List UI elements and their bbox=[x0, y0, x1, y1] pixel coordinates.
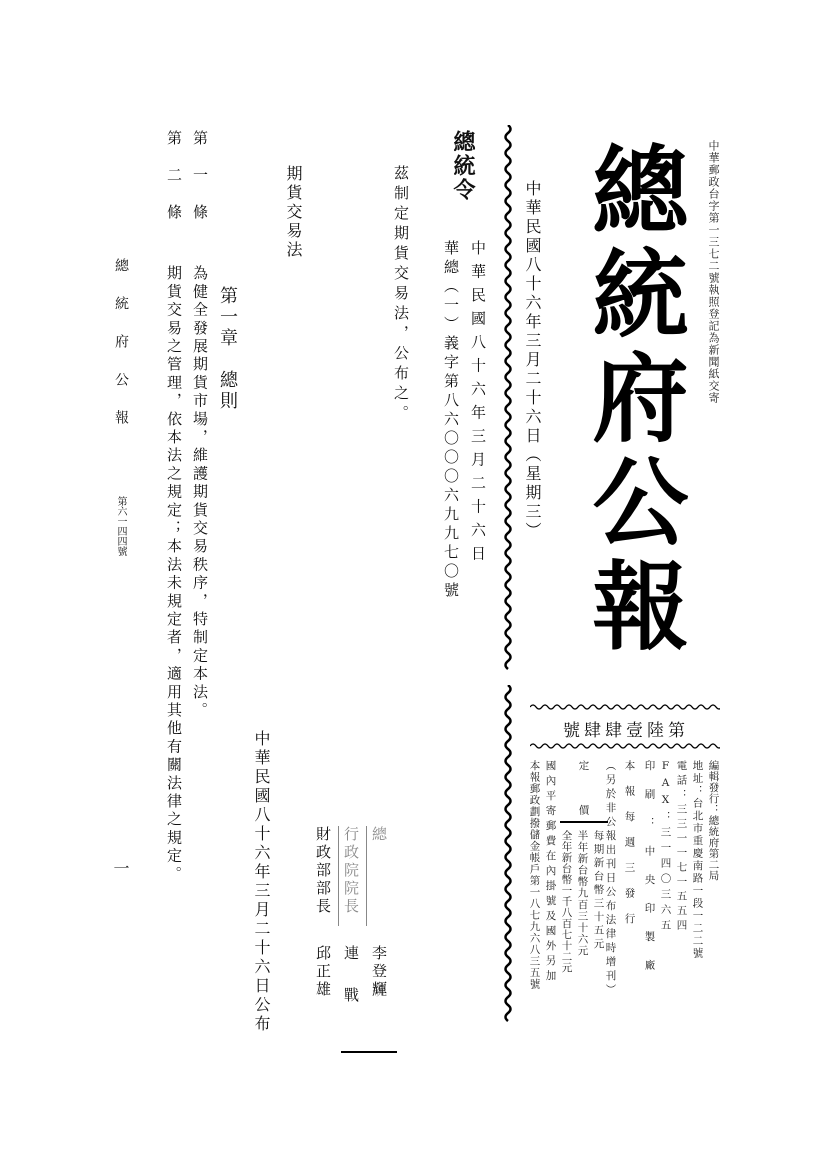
info-schedule: 本報每週三發行 bbox=[624, 760, 635, 939]
postal-registration: 中華郵政台字第一三七二號執照登記為新聞紙交寄 bbox=[708, 140, 719, 404]
issue-number-label: 號肆肆壹陸第 bbox=[563, 716, 689, 741]
order-heading: 總統令 bbox=[451, 130, 473, 202]
wavy-rule bbox=[530, 742, 720, 750]
info-postage: 國內平寄郵費在內掛號及國外另加 bbox=[545, 760, 556, 985]
signature-title-finance: 財政部部長 bbox=[315, 826, 330, 916]
info-price-half-year: 半年新台幣九百三十六元 bbox=[577, 830, 588, 957]
issue-date: 中華民國八十六年三月二十六日（星期三） bbox=[524, 180, 540, 541]
order-number: 華總（一）義字第八六〇〇〇六九九七〇號 bbox=[443, 240, 458, 601]
info-special-issue: （另於非公報出刊日公布法律時增刊） bbox=[605, 760, 616, 998]
article-2-text: 期貨交易之管理，依本法之規定；本法未規定者，適用其他有關法律之規定。 bbox=[166, 265, 181, 884]
article-2-label: 第二條 bbox=[166, 130, 181, 241]
wavy-divider bbox=[502, 685, 514, 1025]
footer-publication: 總統府公報 bbox=[114, 258, 128, 448]
info-price-per-issue: 每期新台幣三十五元 bbox=[593, 830, 604, 952]
signature-name-finance: 邱正雄 bbox=[315, 945, 330, 999]
article-1-text: 為健全發展期貨市場，維護期貨交易秩序，特制定本法。 bbox=[192, 265, 207, 720]
footer-issue-number: 第六一四四號 bbox=[115, 496, 125, 556]
page-number: 一 bbox=[112, 860, 128, 876]
signature-divider bbox=[366, 826, 367, 926]
info-editor: 編輯發行：總統府第二局 bbox=[708, 760, 719, 881]
signature-name-president: 李登輝 bbox=[371, 945, 386, 999]
chapter-heading: 第一章 總則 bbox=[218, 286, 236, 412]
article-1-label: 第一條 bbox=[192, 130, 207, 241]
promulgation-date: 中華民國八十六年三月二十六日公布 bbox=[253, 730, 269, 1034]
info-address: 地址：台北市重慶南路一段一二二號 bbox=[692, 760, 703, 960]
signature-name-premier: 連 戰 bbox=[343, 945, 358, 1008]
signature-title-president: 總 統 bbox=[371, 826, 386, 1034]
end-rule bbox=[341, 1051, 397, 1053]
info-price-full-year: 全年新台幣一千八百七十二元 bbox=[561, 830, 572, 973]
signature-divider bbox=[338, 826, 339, 926]
wavy-rule bbox=[530, 703, 720, 711]
law-title: 期貨交易法 bbox=[285, 165, 301, 260]
order-text: 茲制定期貨交易法，公布之。 bbox=[393, 165, 408, 425]
info-printer: 印刷：中央印製廠 bbox=[644, 760, 655, 988]
price-brace bbox=[560, 821, 608, 823]
publication-masthead: 總統府公報 bbox=[585, 140, 681, 660]
order-date: 中華民國八十六年三月二十六日 bbox=[470, 240, 485, 569]
info-phone: 電話：三三一一七一五五四 bbox=[676, 760, 687, 934]
signature-title-premier: 行政院院長 bbox=[343, 826, 358, 916]
wavy-divider bbox=[502, 125, 514, 685]
info-postal-account: 本報郵政劃撥儲金帳戶第一八七九六八三五號 bbox=[529, 760, 540, 990]
info-fax: FAX：三一四〇三六五 bbox=[660, 760, 671, 935]
